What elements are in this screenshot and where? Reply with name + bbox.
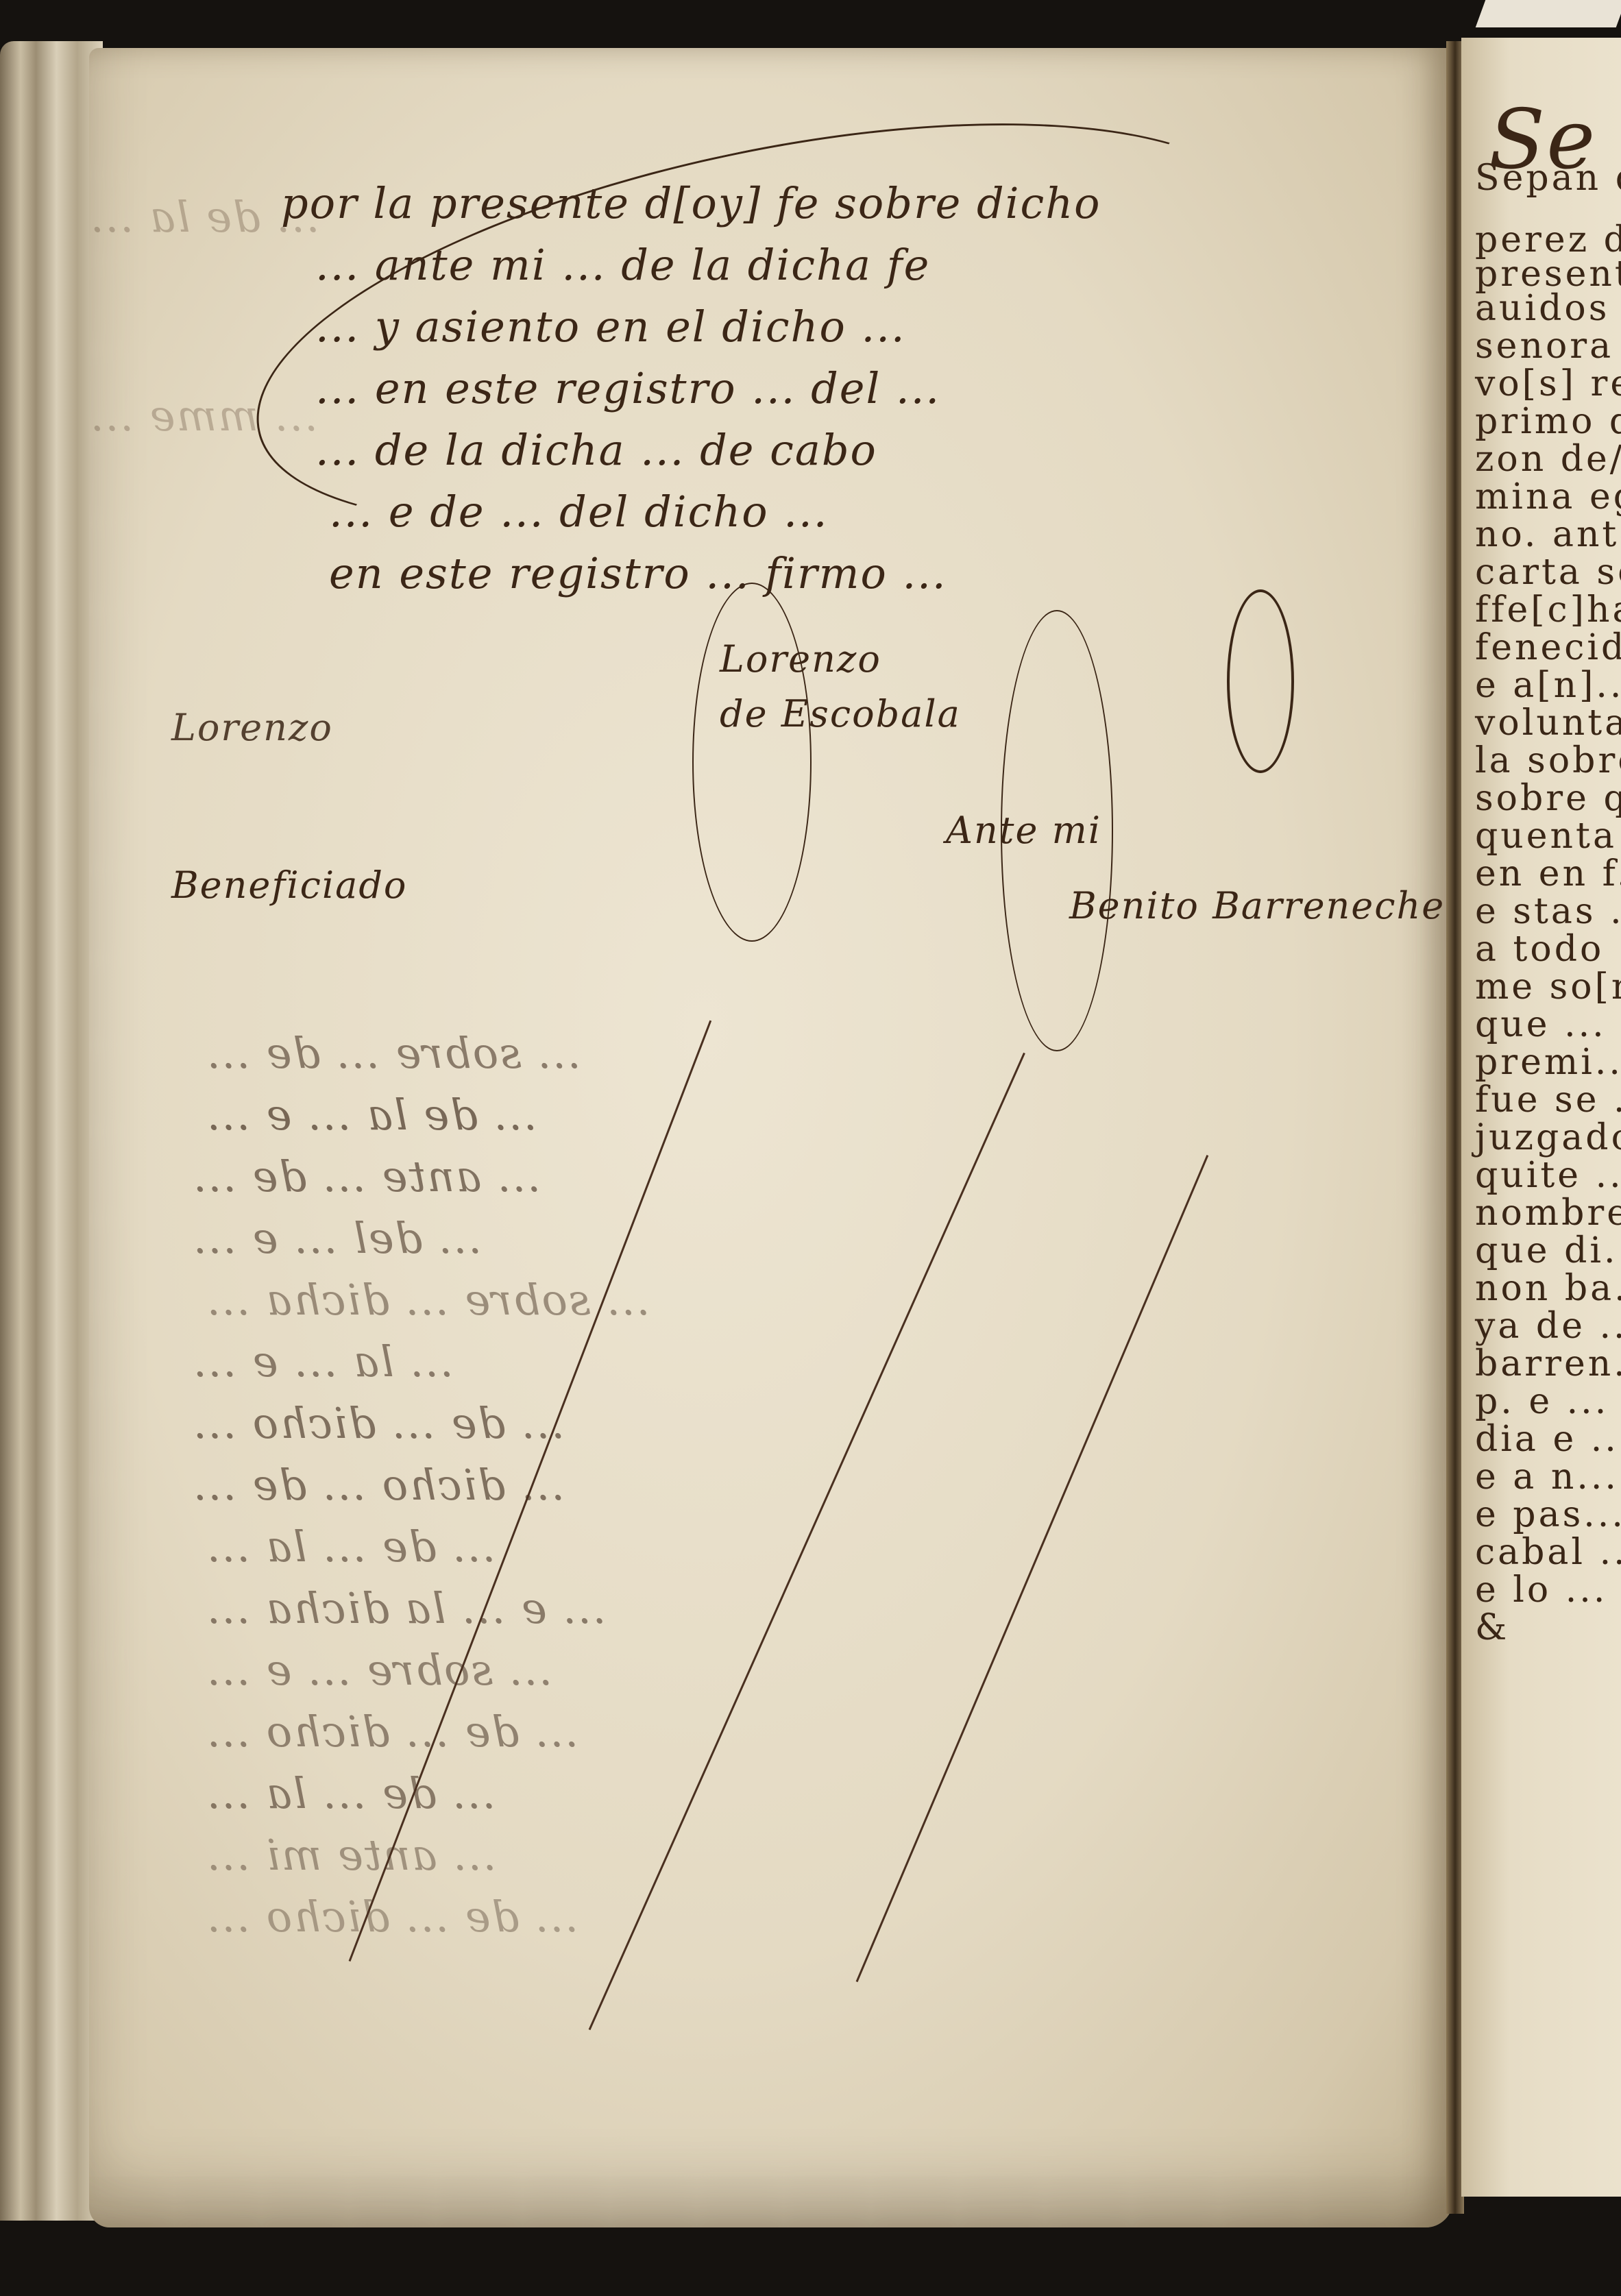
bleed-through-line: ... sobre ... dicha ... <box>206 1275 650 1325</box>
text-line: ... e de ... del dicho ... <box>329 487 828 537</box>
text-line: senora be... <box>1475 326 1621 367</box>
text-line: me so[m]... <box>1475 966 1621 1007</box>
bleed-through-line: ... sobre ... de ... <box>206 1028 581 1078</box>
text-line: premi... <box>1475 1042 1621 1083</box>
signature-flourish <box>1001 610 1113 1051</box>
text-line: primo q... <box>1475 401 1621 442</box>
text-line: carta so... <box>1475 552 1621 593</box>
bleed-through-line: ... de ... la ... <box>206 1768 496 1818</box>
paper-strip <box>1476 0 1621 27</box>
text-line: dia e ... <box>1475 1419 1621 1460</box>
text-line: sobre q... <box>1475 778 1621 819</box>
text-line: zon de/ c... <box>1475 439 1621 480</box>
signature-notary: Benito Barreneche <box>1069 884 1445 927</box>
cancellation-stroke <box>856 1155 1209 1982</box>
text-line: Sepan q[uan]tos <box>1475 158 1621 199</box>
bleed-through-line: ... dicho ... de ... <box>192 1460 565 1510</box>
text-line: la sobre ... <box>1475 740 1621 781</box>
text-line: e pas... <box>1475 1494 1621 1535</box>
text-line: ... de la dicha ... de cabo <box>315 425 877 475</box>
text-line: barren... <box>1475 1343 1621 1384</box>
signature-left: Lorenzo <box>171 706 333 749</box>
right-page: Se Sepan q[uan]tos perez de g... present… <box>1461 38 1621 2197</box>
bleed-through-line: ... de ... dicho ... <box>206 1892 578 1942</box>
text-line: en este registro ... firmo ... <box>329 548 947 598</box>
book-spread: ... de la ... ... mme ... por la present… <box>0 0 1621 2296</box>
text-line: juzgado ... <box>1475 1117 1621 1158</box>
text-line: non ba... <box>1475 1268 1621 1309</box>
text-line: auidos e ... <box>1475 288 1621 329</box>
signature-beneficiado: Beneficiado <box>171 864 407 907</box>
text-line: vo[s] reçi... <box>1475 363 1621 404</box>
text-line: ... ante mi ... de la dicha fe <box>315 240 930 290</box>
text-line: nombre ... <box>1475 1193 1621 1234</box>
bleed-through-line: ... ante mi ... <box>206 1830 497 1880</box>
signature-flourish <box>692 583 812 942</box>
text-line: en en f... <box>1475 853 1621 894</box>
text-line: no. ante ... <box>1475 514 1621 555</box>
page-edge-stack <box>0 41 103 2221</box>
left-page: ... de la ... ... mme ... por la present… <box>89 48 1453 2227</box>
text-line: p. e ... <box>1475 1381 1609 1422</box>
bleed-through-line: ... de ... la ... <box>206 1522 496 1572</box>
text-line: e stas ... <box>1475 891 1621 932</box>
text-line: cabal ... <box>1475 1532 1621 1573</box>
text-line: fue se ... <box>1475 1079 1621 1121</box>
bleed-through-line: ... e ... la dicha ... <box>206 1583 607 1633</box>
text-line: mina eg... <box>1475 476 1621 517</box>
text-line: e a[n]... <box>1475 665 1621 706</box>
text-line: e lo ... <box>1475 1570 1607 1611</box>
text-line: & <box>1475 1607 1509 1648</box>
bleed-through-line: ... sobre ... e ... <box>206 1645 552 1695</box>
text-line: por la presente d[oy] fe sobre dicho <box>281 178 1101 228</box>
text-line: volunta... <box>1475 703 1621 744</box>
text-line: quenta ... <box>1475 816 1621 857</box>
text-line: a todo ... <box>1475 929 1621 970</box>
text-line: e a n... <box>1475 1456 1619 1498</box>
bleed-through-line: ... de la ... e ... <box>206 1090 537 1140</box>
text-line: fenecido ... <box>1475 627 1621 668</box>
text-line: ... y asiento en el dicho ... <box>315 302 906 352</box>
text-line: que di... <box>1475 1230 1621 1271</box>
bleed-through-line: ... de ... dicho ... <box>206 1707 578 1757</box>
bleed-through-line: ... del ... e ... <box>192 1213 482 1263</box>
bleed-through-line: ... ante ... de ... <box>192 1151 541 1201</box>
text-line: quite ... <box>1475 1155 1621 1196</box>
text-line: ya de ... <box>1475 1306 1621 1347</box>
text-line: que ... <box>1475 1004 1607 1045</box>
signature-flourish <box>1227 589 1294 773</box>
cancellation-stroke <box>589 1053 1025 2030</box>
bleed-through-line: ... la ... e ... <box>192 1336 454 1387</box>
text-line: ... en este registro ... del ... <box>315 363 940 413</box>
bleed-through-line: ... de ... dicho ... <box>192 1398 565 1448</box>
text-line: ffe[c]ha la ... <box>1475 589 1621 631</box>
